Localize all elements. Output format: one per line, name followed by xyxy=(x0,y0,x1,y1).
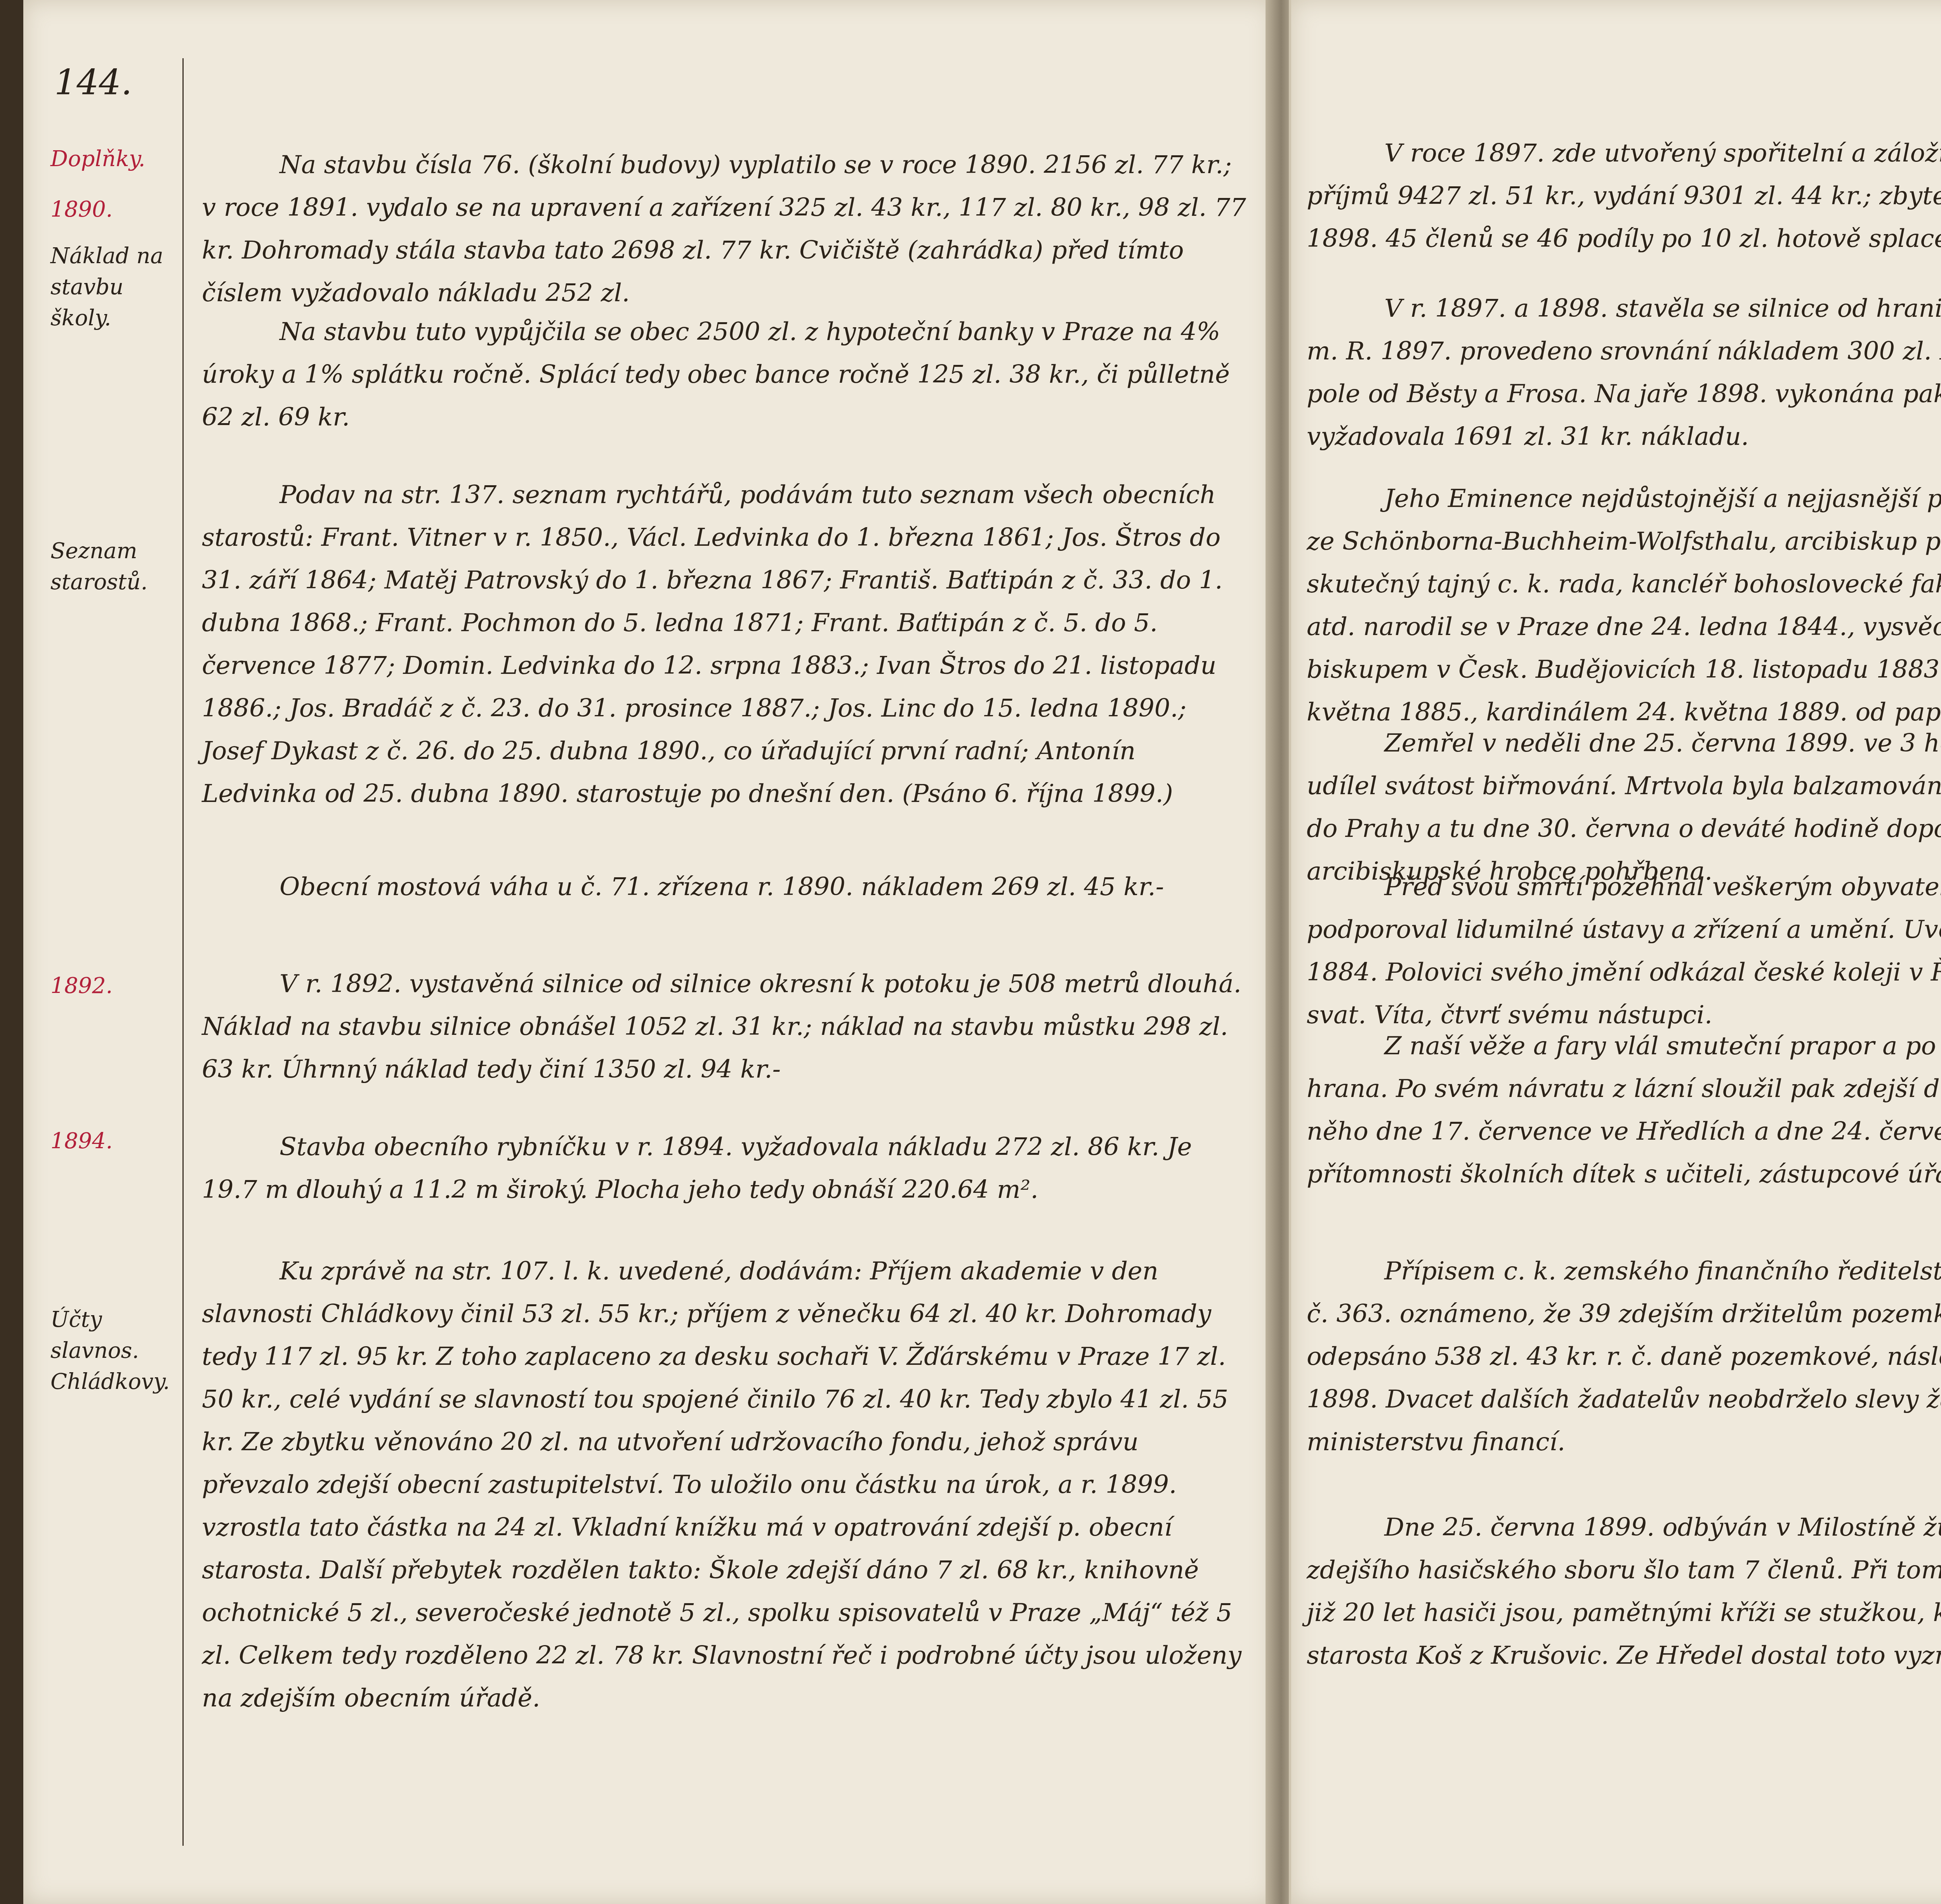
paragraph: Na stavbu tuto vypůjčila se obec 2500 zl… xyxy=(202,311,1250,439)
margin-note: Účty slavnos. Chládkovy. xyxy=(50,1304,175,1397)
paragraph: V r. 1897. a 1898. stavěla se silnice od… xyxy=(1307,287,1941,458)
paragraph: Ku zprávě na str. 107. l. k. uvedené, do… xyxy=(202,1250,1250,1720)
margin-note: 1890. xyxy=(50,194,175,225)
margin-note: Doplňky. xyxy=(50,144,175,175)
margin-note: Seznam starostů. xyxy=(50,536,175,598)
margin-rule xyxy=(182,58,184,1846)
paragraph: Stavba obecního rybníčku v r. 1894. vyža… xyxy=(202,1126,1250,1211)
paragraph: Před svou smrtí požehnal veškerým obyvat… xyxy=(1307,866,1941,1036)
paragraph: Na stavbu čísla 76. (školní budovy) vypl… xyxy=(202,144,1250,314)
paragraph: Dne 25. června 1899. odbýván v Milostíně… xyxy=(1307,1506,1941,1677)
paragraph: Přípisem c. k. zemského finančního ředit… xyxy=(1307,1250,1941,1463)
margin-note: 1894. xyxy=(50,1126,175,1157)
margin-note: Náklad na stavbu školy. xyxy=(50,241,175,334)
page-number: 144. xyxy=(54,62,132,103)
paragraph: Z naší věže a fary vlál smuteční prapor … xyxy=(1307,1025,1941,1196)
paragraph: V r. 1892. vystavěná silnice od silnice … xyxy=(202,963,1250,1091)
paragraph: Obecní mostová váha u č. 71. zřízena r. … xyxy=(202,866,1250,908)
left-page: 144. Doplňky. 1890. Náklad na stavbu ško… xyxy=(23,0,1276,1904)
open-book: 144. Doplňky. 1890. Náklad na stavbu ško… xyxy=(0,0,1941,1904)
paragraph: Podav na str. 137. seznam rychtářů, podá… xyxy=(202,474,1250,815)
margin-note: 1892. xyxy=(50,970,175,1001)
right-page: 145. Doplňky. 1897. 1898. R. 1899. Pokra… xyxy=(1289,0,1941,1904)
paragraph: V roce 1897. zde utvořený spořitelní a z… xyxy=(1307,132,1941,260)
paragraph: Jeho Eminence nejdůstojnější a nejjasněj… xyxy=(1307,477,1941,734)
